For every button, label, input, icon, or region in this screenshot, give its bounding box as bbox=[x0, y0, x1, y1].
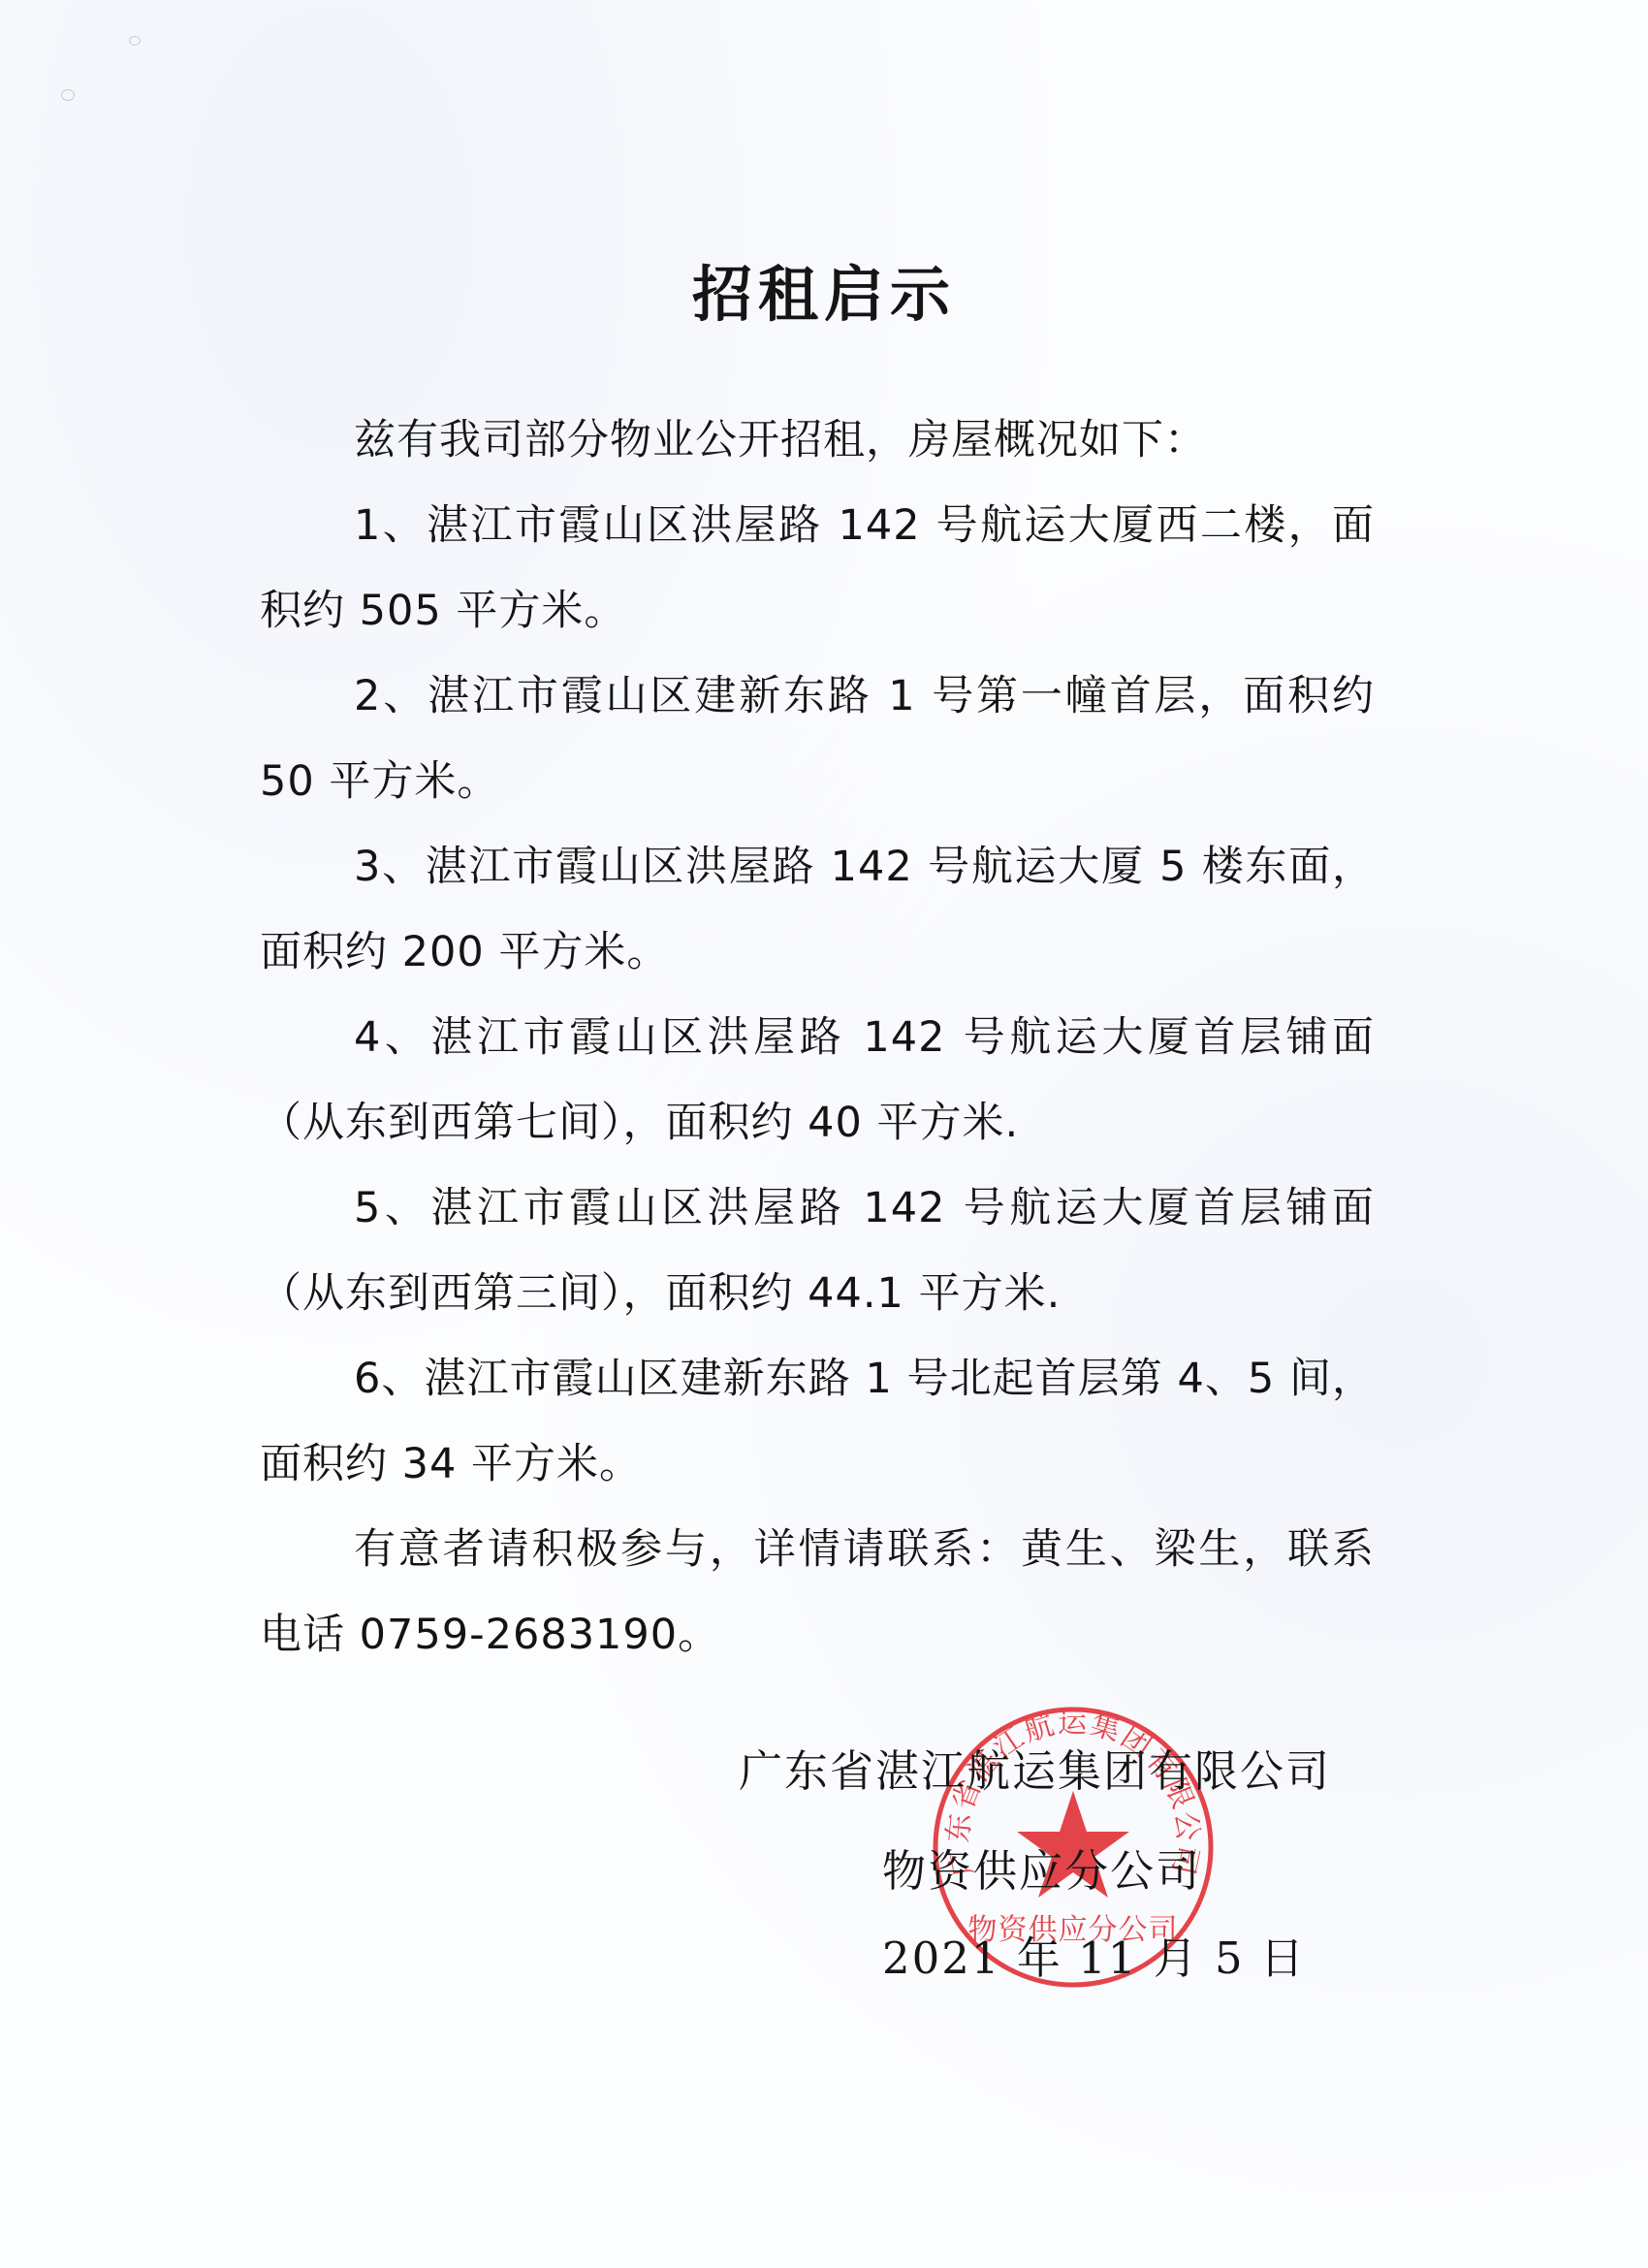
property-item-4: 4、湛江市霞山区洪屋路 142 号航运大厦首层铺面（从东到西第七间），面积约 4… bbox=[260, 995, 1375, 1166]
signature-branch: 物资供应分公司 bbox=[882, 1836, 1201, 1899]
property-item-5: 5、湛江市霞山区洪屋路 142 号航运大厦首层铺面（从东到西第三间），面积约 4… bbox=[260, 1166, 1375, 1336]
signature-date: 2021 年 11 月 5 日 bbox=[882, 1923, 1306, 1986]
signature-company: 广东省湛江航运集团有限公司 bbox=[739, 1736, 1331, 1799]
document-title: 招租启示 bbox=[0, 246, 1648, 333]
document-body: 兹有我司部分物业公开招租，房屋概况如下： 1、湛江市霞山区洪屋路 142 号航运… bbox=[260, 398, 1375, 1677]
paper-speck bbox=[61, 89, 75, 101]
property-item-1: 1、湛江市霞山区洪屋路 142 号航运大厦西二楼，面积约 505 平方米。 bbox=[260, 483, 1375, 654]
contact-paragraph: 有意者请积极参与，详情请联系：黄生、梁生，联系电话 0759-2683190。 bbox=[260, 1507, 1375, 1677]
property-item-6: 6、湛江市霞山区建新东路 1 号北起首层第 4、5 间，面积约 34 平方米。 bbox=[260, 1336, 1375, 1507]
property-item-3: 3、湛江市霞山区洪屋路 142 号航运大厦 5 楼东面，面积约 200 平方米。 bbox=[260, 824, 1375, 995]
intro-paragraph: 兹有我司部分物业公开招租，房屋概况如下： bbox=[260, 398, 1375, 483]
paper-speck bbox=[129, 36, 141, 46]
property-item-2: 2、湛江市霞山区建新东路 1 号第一幢首层，面积约 50 平方米。 bbox=[260, 654, 1375, 824]
